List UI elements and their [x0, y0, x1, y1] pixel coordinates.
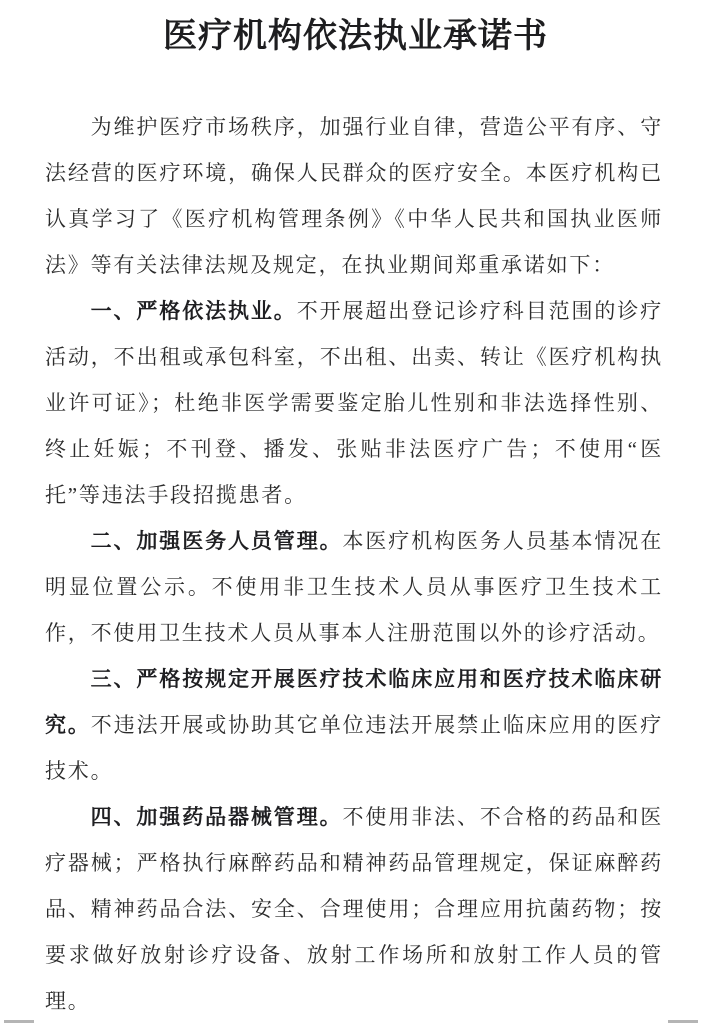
paragraph-text: 为维护医疗市场秩序，加强行业自律，营造公平有序、守法经营的医疗环境，确保人民群众…	[45, 115, 663, 277]
paragraph-text: 不违法开展或协助其它单位违法开展禁止临床应用的医疗技术。	[45, 713, 663, 783]
paragraph-text: 不使用非法、不合格的药品和医疗器械；严格执行麻醉药品和精神药品管理规定，保证麻醉…	[45, 805, 663, 1013]
paragraph-lead-bold: 二、加强医务人员管理。	[91, 529, 343, 553]
paragraph-lead-bold: 一、严格依法执业。	[91, 299, 297, 323]
paragraph: 四、加强药品器械管理。不使用非法、不合格的药品和医疗器械；严格执行麻醉药品和精神…	[45, 794, 663, 1024]
page-edge-mark-left	[4, 1020, 34, 1023]
document-page: 医疗机构依法执业承诺书 为维护医疗市场秩序，加强行业自律，营造公平有序、守法经营…	[0, 0, 711, 1026]
paragraph: 二、加强医务人员管理。本医疗机构医务人员基本情况在明显位置公示。不使用非卫生技术…	[45, 518, 663, 656]
page-title: 医疗机构依法执业承诺书	[0, 0, 711, 61]
paragraph: 一、严格依法执业。不开展超出登记诊疗科目范围的诊疗活动，不出租或承包科室，不出租…	[45, 288, 663, 518]
paragraph-text: 不开展超出登记诊疗科目范围的诊疗活动，不出租或承包科室，不出租、出卖、转让《医疗…	[45, 299, 663, 507]
paragraph: 为维护医疗市场秩序，加强行业自律，营造公平有序、守法经营的医疗环境，确保人民群众…	[45, 104, 663, 288]
document-body: 为维护医疗市场秩序，加强行业自律，营造公平有序、守法经营的医疗环境，确保人民群众…	[0, 104, 711, 1024]
page-edge-mark-right	[668, 1020, 698, 1023]
paragraph-lead-bold: 四、加强药品器械管理。	[91, 805, 343, 829]
paragraph: 三、严格按规定开展医疗技术临床应用和医疗技术临床研究。不违法开展或协助其它单位违…	[45, 656, 663, 794]
